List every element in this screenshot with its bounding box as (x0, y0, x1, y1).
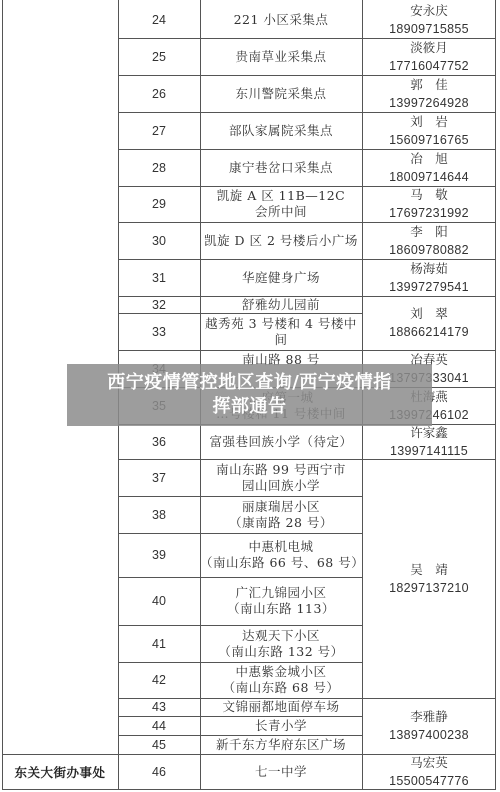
contact-cell: 马 敬17697231992 (362, 186, 496, 222)
location-cell: 广汇九锦园小区（南山东路 113） (200, 577, 362, 625)
location-cell: 中惠紫金城小区（南山东路 68 号） (200, 662, 362, 698)
contact-cell: 马宏英15500547776 (362, 754, 496, 790)
row-number: 44 (118, 716, 200, 735)
row-number: 31 (118, 259, 200, 296)
row-number: 45 (118, 735, 200, 754)
location-cell: 部队家属院采集点 (200, 112, 362, 149)
row-number: 42 (118, 662, 200, 698)
row-number: 24 (118, 2, 200, 38)
row-number: 38 (118, 496, 200, 533)
title-overlay-banner: 西宁疫情管控地区查询/西宁疫情指 挥部通告 (67, 364, 432, 426)
row-number: 33 (118, 313, 200, 350)
row-number: 36 (118, 424, 200, 459)
location-cell: 凯旋 A 区 11B—12C会所中间 (200, 186, 362, 222)
location-cell: 康宁巷岔口采集点 (200, 149, 362, 186)
contact-cell: 吴 靖18297137210 (362, 459, 496, 698)
location-cell: 舒雅幼儿园前 (200, 296, 362, 313)
row-number: 39 (118, 533, 200, 577)
location-cell: 文锦丽都地面停车场 (200, 698, 362, 716)
location-cell: 东川警院采集点 (200, 75, 362, 112)
row-number: 25 (118, 38, 200, 75)
district-cell: 东关大街办事处 (2, 754, 118, 790)
row-number: 32 (118, 296, 200, 313)
location-cell: 七一中学 (200, 754, 362, 790)
row-number: 37 (118, 459, 200, 496)
overlay-title-line2: 挥部通告 (213, 395, 287, 419)
location-cell: 达观天下小区（南山东路 132 号） (200, 625, 362, 662)
overlay-title-line1: 西宁疫情管控地区查询/西宁疫情指 (107, 371, 392, 395)
row-number: 26 (118, 75, 200, 112)
row-number: 28 (118, 149, 200, 186)
location-cell: 长青小学 (200, 716, 362, 735)
location-cell: 越秀苑 3 号楼和 4 号楼中间 (200, 313, 362, 350)
contact-cell: 杨海茹13997279541 (362, 259, 496, 296)
contact-cell: 淡筱月17716047752 (362, 38, 496, 75)
contact-cell: 郭 佳13997264928 (362, 75, 496, 112)
contact-cell: 安永庆18909715855 (362, 2, 496, 38)
location-cell: 丽康瑞居小区（康南路 28 号） (200, 496, 362, 533)
location-cell: 贵南草业采集点 (200, 38, 362, 75)
row-number: 29 (118, 186, 200, 222)
location-cell: 凯旋 D 区 2 号楼后小广场 (200, 222, 362, 259)
location-cell: 南山东路 99 号西宁市园山回族小学 (200, 459, 362, 496)
contact-cell: 冶 旭18009714644 (362, 149, 496, 186)
contact-cell: 刘 翠18866214179 (362, 296, 496, 350)
row-number: 40 (118, 577, 200, 625)
row-number: 46 (118, 754, 200, 790)
contact-cell: 刘 岩15609716765 (362, 112, 496, 149)
location-cell: 新千东方华府东区广场 (200, 735, 362, 754)
contact-cell: 李 阳18609780882 (362, 222, 496, 259)
contact-cell: 许家鑫13997141115 (362, 424, 496, 459)
contact-cell: 李雅静13897400238 (362, 698, 496, 754)
location-cell: 富强巷回族小学（待定） (200, 424, 362, 459)
row-number: 30 (118, 222, 200, 259)
location-cell: 中惠机电城（南山东路 66 号、68 号） (200, 533, 362, 577)
location-cell: 221 小区采集点 (200, 2, 362, 38)
row-number: 27 (118, 112, 200, 149)
row-number: 43 (118, 698, 200, 716)
row-number: 41 (118, 625, 200, 662)
location-cell: 华庭健身广场 (200, 259, 362, 296)
